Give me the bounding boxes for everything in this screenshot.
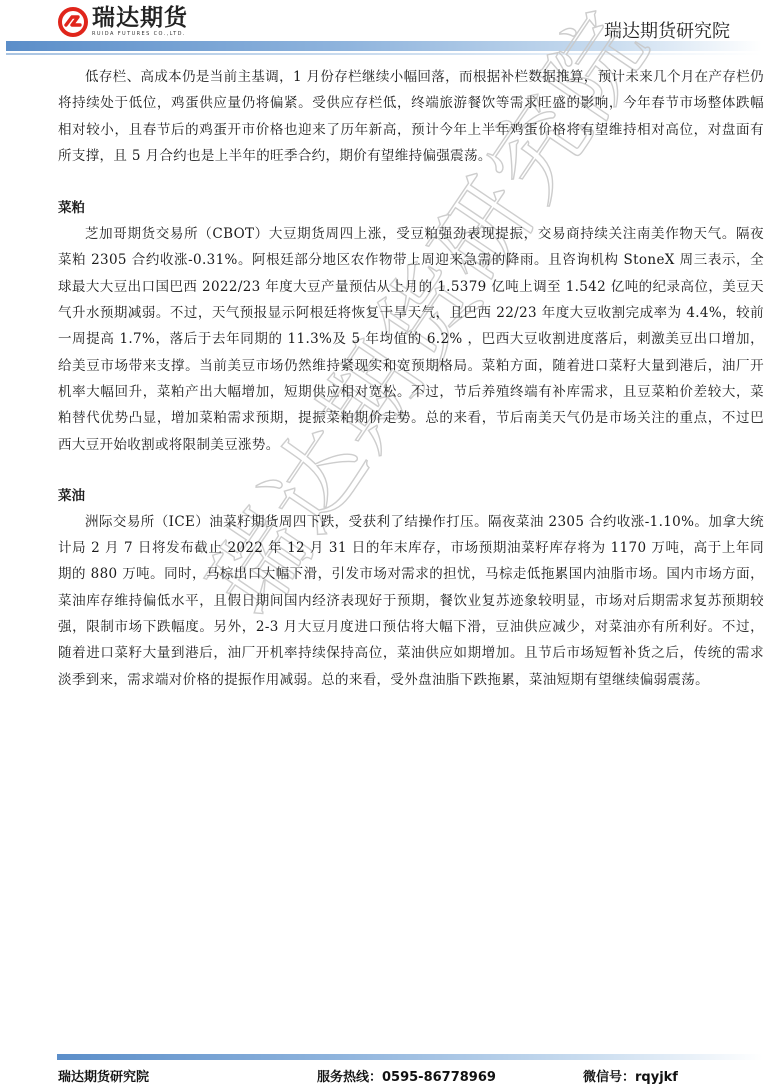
section-title-rapeseed-meal: 菜粕 — [58, 195, 764, 221]
section-title-rapeseed-oil: 菜油 — [58, 483, 764, 509]
ruida-logo-icon — [58, 7, 88, 37]
egg-paragraph: 低存栏、高成本仍是当前主基调，1 月份存栏继续小幅回落，而根据补栏数据推算，预计… — [58, 64, 764, 169]
header-divider-bar — [6, 41, 762, 51]
footer-org: 瑞达期货研究院 — [58, 1066, 149, 1085]
company-logo: 瑞达期货 RUIDA FUTURES CO.,LTD. — [58, 4, 188, 40]
logo-name: 瑞达期货 — [92, 7, 188, 30]
header-divider-line — [6, 53, 762, 55]
rapeseed-oil-paragraph: 洲际交易所（ICE）油菜籽期货周四下跌，受获利了结操作打压。隔夜菜油 2305 … — [58, 509, 764, 693]
page-header: 瑞达期货 RUIDA FUTURES CO.,LTD. 瑞达期货研究院 — [0, 0, 770, 56]
logo-subtitle: RUIDA FUTURES CO.,LTD. — [92, 32, 188, 37]
footer-divider-bar — [57, 1054, 763, 1060]
footer-wechat: 微信号：rqyjkf — [583, 1066, 678, 1085]
rapeseed-meal-paragraph: 芝加哥期货交易所（CBOT）大豆期货周四上涨，受豆粕强劲表现提振，交易商持续关注… — [58, 221, 764, 458]
report-body: 低存栏、高成本仍是当前主基调，1 月份存栏继续小幅回落，而根据补栏数据推算，预计… — [58, 64, 764, 693]
header-title: 瑞达期货研究院 — [604, 17, 730, 43]
footer-hotline: 服务热线：0595-86778969 — [317, 1066, 496, 1085]
